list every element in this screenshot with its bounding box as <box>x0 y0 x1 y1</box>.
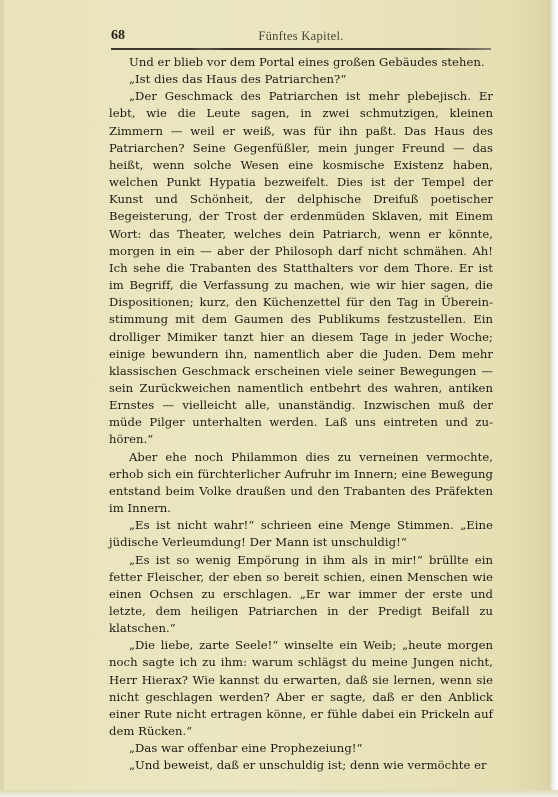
paragraph: „Das war offenbar eine Prophezeiung!“ <box>109 740 493 757</box>
paragraph: „Es ist nicht wahr!“ schrieen eine Menge… <box>109 517 493 551</box>
paragraph: Aber ehe noch Philammon dies zu verneine… <box>109 449 493 518</box>
paragraph: Und er blieb vor dem Portal eines großen… <box>109 54 493 71</box>
book-page: 68 Fünftes Kapitel. Und er blieb vor dem… <box>0 0 548 790</box>
header-divider-rule <box>111 48 491 50</box>
body-text: Und er blieb vor dem Portal eines großen… <box>109 54 493 775</box>
paragraph: „Der Geschmack des Patriarchen ist mehr … <box>109 88 493 448</box>
paragraph: „Und beweist, daß er unschuldig ist; den… <box>109 757 493 774</box>
page-bottom-edge <box>0 790 558 797</box>
page-header: 68 Fünftes Kapitel. <box>111 28 491 48</box>
running-head-chapter-title: Fünftes Kapitel. <box>111 29 491 44</box>
paragraph: „Ist dies das Haus des Patriarchen?“ <box>109 71 493 88</box>
page-left-edge <box>0 0 4 797</box>
paragraph: „Die liebe, zarte Seele!“ winselte ein W… <box>109 637 493 740</box>
paragraph: „Es ist so wenig Empörung in ihm als in … <box>109 552 493 638</box>
page-right-edge <box>548 0 558 797</box>
